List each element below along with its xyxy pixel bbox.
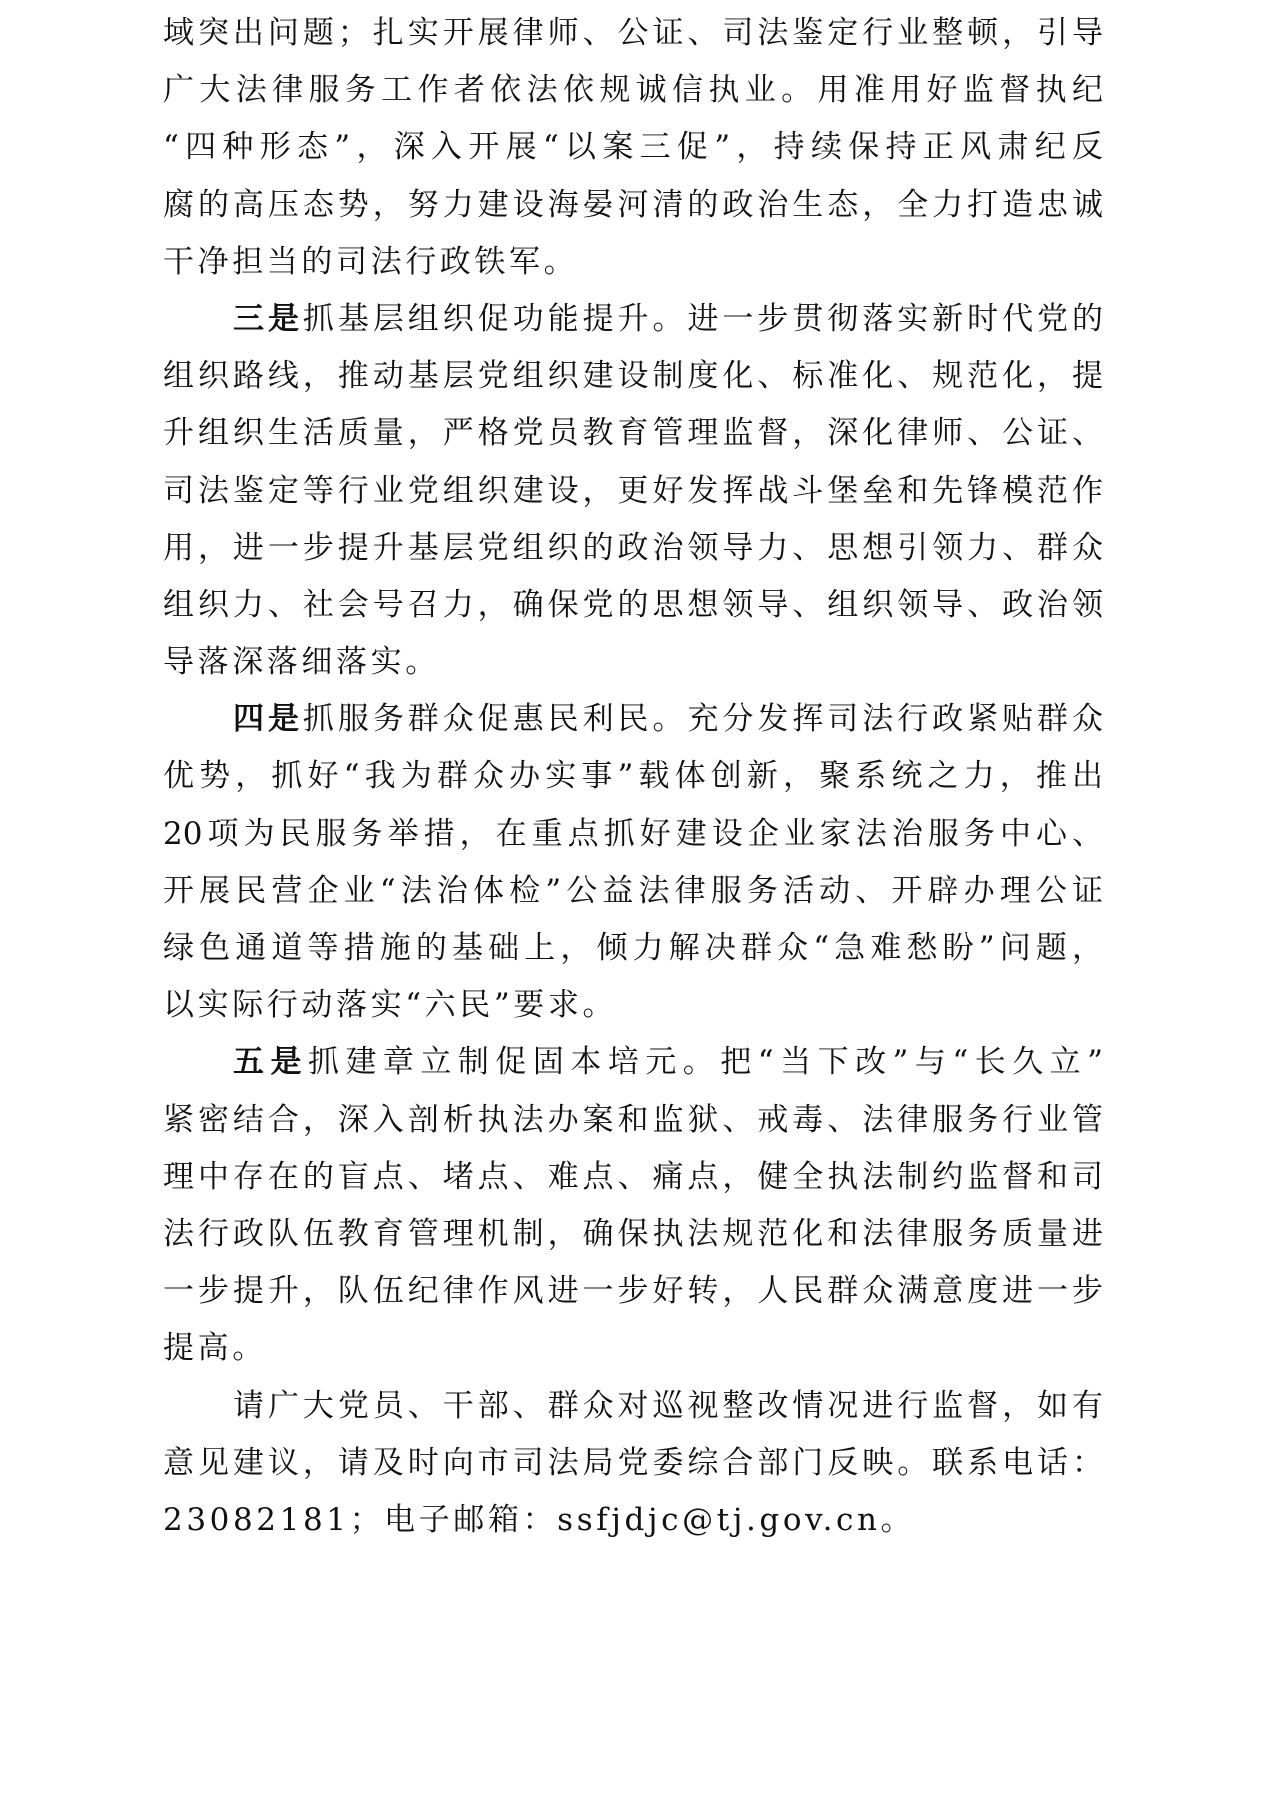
paragraph-contact: 请广大党员、干部、群众对巡视整改情况进行监督，如有 意见建议，请及时向市司法局党… xyxy=(163,1378,1103,1550)
paragraph-three: 三是抓基层组织促功能提升。进一步贯彻落实新时代党的 组织路线，推动基层党组织建设… xyxy=(163,291,1103,691)
paragraph-first-line: 五是抓建章立制促固本培元。把“当下改”与“长久立” xyxy=(163,1034,1103,1091)
text-line: 开展民营企业“法治体检”公益法律服务活动、开辟办理公证 xyxy=(163,863,1103,920)
text-line: 法行政队伍教育管理机制，确保执法规范化和法律服务质量进 xyxy=(163,1206,1103,1263)
text-line: 20项为民服务举措，在重点抓好建设企业家法治服务中心、 xyxy=(163,806,1103,863)
document-page: 域突出问题；扎实开展律师、公证、司法鉴定行业整顿，引导 广大法律服务工作者依法依… xyxy=(163,0,1103,1549)
text-line: 一步提升，队伍纪律作风进一步好转，人民群众满意度进一步 xyxy=(163,1263,1103,1320)
text-line: 域突出问题；扎实开展律师、公证、司法鉴定行业整顿，引导 xyxy=(163,5,1103,62)
text-line: 组织路线，推动基层党组织建设制度化、标准化、规范化，提 xyxy=(163,348,1103,405)
paragraph-four: 四是抓服务群众促惠民利民。充分发挥司法行政紧贴群众 优势，抓好“我为群众办实事”… xyxy=(163,691,1103,1034)
paragraph-first-line-text: 抓服务群众促惠民利民。充分发挥司法行政紧贴群众 xyxy=(303,701,1103,737)
paragraph-lead-heading: 三是 xyxy=(233,301,303,337)
text-line: 干净担当的司法行政铁军。 xyxy=(163,234,1103,291)
text-line: 组织力、社会号召力，确保党的思想领导、组织领导、政治领 xyxy=(163,577,1103,634)
paragraph-five: 五是抓建章立制促固本培元。把“当下改”与“长久立” 紧密结合，深入剖析执法办案和… xyxy=(163,1034,1103,1377)
text-line: 腐的高压态势，努力建设海晏河清的政治生态，全力打造忠诚 xyxy=(163,177,1103,234)
text-line: 提高。 xyxy=(163,1320,1103,1377)
text-line: 优势，抓好“我为群众办实事”载体创新，聚系统之力，推出 xyxy=(163,748,1103,805)
paragraph-first-line: 请广大党员、干部、群众对巡视整改情况进行监督，如有 xyxy=(163,1378,1103,1435)
paragraph-first-line-text: 抓建章立制促固本培元。把“当下改”与“长久立” xyxy=(308,1044,1103,1080)
paragraph-lead-heading: 五是 xyxy=(233,1044,308,1080)
text-line: 升组织生活质量，严格党员教育管理监督，深化律师、公证、 xyxy=(163,405,1103,462)
paragraph-first-line-text: 抓基层组织促功能提升。进一步贯彻落实新时代党的 xyxy=(303,301,1103,337)
paragraph-first-line: 四是抓服务群众促惠民利民。充分发挥司法行政紧贴群众 xyxy=(163,691,1103,748)
text-line: “四种形态”，深入开展“以案三促”，持续保持正风肃纪反 xyxy=(163,119,1103,176)
text-line: 紧密结合，深入剖析执法办案和监狱、戒毒、法律服务行业管 xyxy=(163,1092,1103,1149)
text-line: 用，进一步提升基层党组织的政治领导力、思想引领力、群众 xyxy=(163,520,1103,577)
text-line: 导落深落细落实。 xyxy=(163,634,1103,691)
text-line: 绿色通道等措施的基础上，倾力解决群众“急难愁盼”问题， xyxy=(163,920,1103,977)
text-line: 理中存在的盲点、堵点、难点、痛点，健全执法制约监督和司 xyxy=(163,1149,1103,1206)
text-line: 以实际行动落实“六民”要求。 xyxy=(163,977,1103,1034)
paragraph-first-line: 三是抓基层组织促功能提升。进一步贯彻落实新时代党的 xyxy=(163,291,1103,348)
contact-line: 23082181；电子邮箱：ssfjdjc@tj.gov.cn。 xyxy=(163,1492,1103,1549)
paragraph-lead-heading: 四是 xyxy=(233,701,303,737)
text-line: 司法鉴定等行业党组织建设，更好发挥战斗堡垒和先锋模范作 xyxy=(163,463,1103,520)
text-line: 意见建议，请及时向市司法局党委综合部门反映。联系电话： xyxy=(163,1435,1103,1492)
paragraph-continued: 域突出问题；扎实开展律师、公证、司法鉴定行业整顿，引导 广大法律服务工作者依法依… xyxy=(163,5,1103,291)
text-line: 广大法律服务工作者依法依规诚信执业。用准用好监督执纪 xyxy=(163,62,1103,119)
